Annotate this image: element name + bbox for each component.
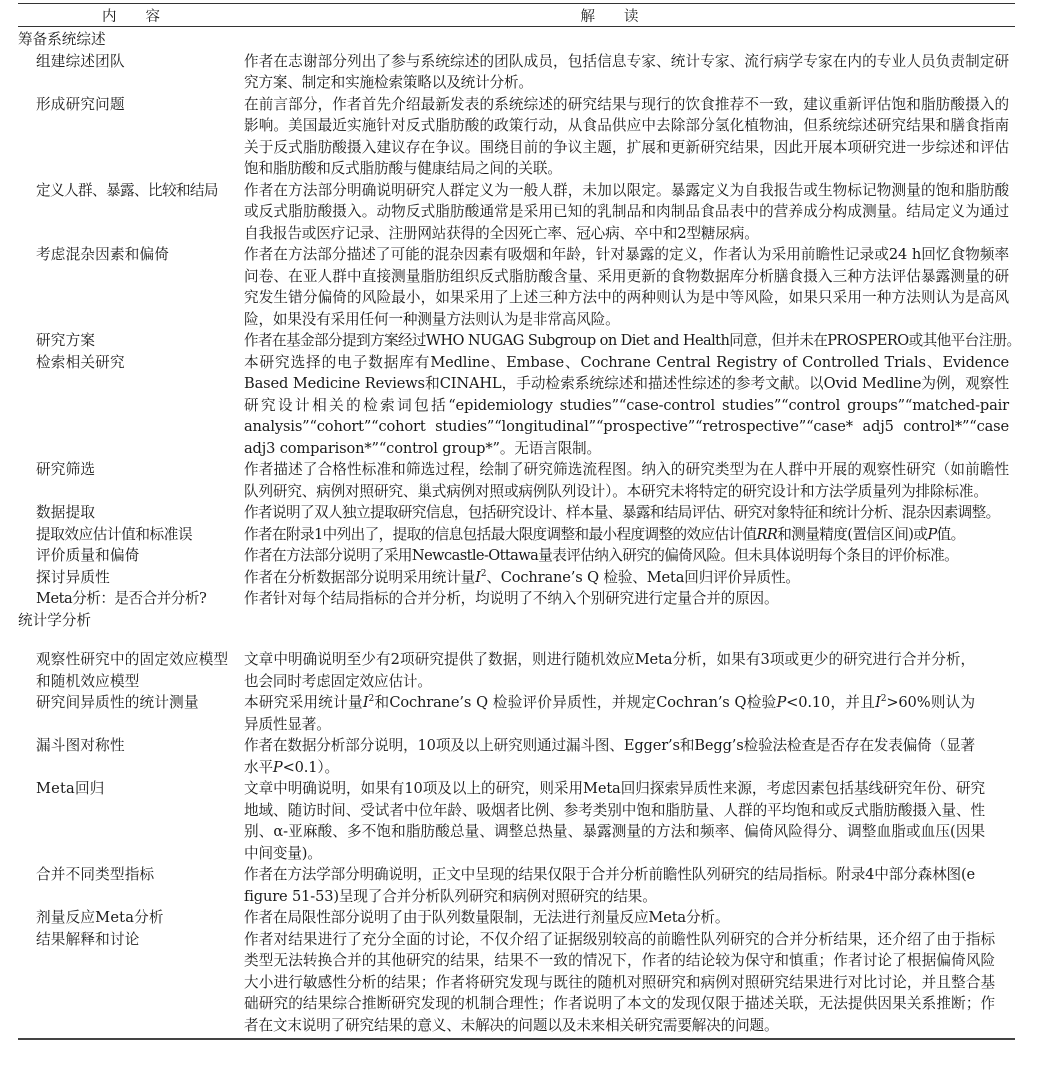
section-title: 筹备系统综述 — [18, 29, 106, 51]
row-text: 作者针对每个结局指标的合并分析，均说明了不纳入个别研究进行定量合并的原因。 — [244, 588, 1015, 610]
table-header: 内 容 解 读 — [18, 4, 1015, 27]
table-row: 数据提取 作者说明了双人独立提取研究信息，包括研究设计、样本量、暴露和结局评估、… — [18, 502, 1015, 524]
row-text: 作者说明了双人独立提取研究信息，包括研究设计、样本量、暴露和结局评估、研究对象特… — [244, 502, 1015, 524]
table-row: 剂量反应Meta分析 作者在局限性部分说明了由于队列数量限制，无法进行剂量反应M… — [18, 907, 1015, 929]
table-row: Meta回归 文章中明确说明，如果有10项及以上的研究，则采用Meta回归探索异… — [18, 778, 1015, 864]
row-text: 作者在方法部分描述了可能的混杂因素有吸烟和年龄，针对暴露的定义，作者认为采用前瞻… — [244, 244, 1015, 330]
row-text-part: 值。 — [937, 526, 965, 543]
row-text: 文章中明确说明至少有2项研究提供了数据，则进行随机效应Meta分析，如果有3项或… — [244, 649, 1015, 692]
row-text: 作者在志谢部分列出了参与系统综述的团队成员，包括信息专家、统计专家、流行病学专家… — [244, 51, 1015, 94]
row-text-part: 作者在附录1中列出了，提取的信息包括最大限度调整和最小程度调整的效应估计值 — [244, 526, 756, 543]
table-row: 探讨异质性 作者在分析数据部分说明采用统计量I2、Cochrane’s Q 检验… — [18, 567, 1015, 589]
row-item: 考虑混杂因素和偏倚 — [18, 244, 244, 330]
row-item: 定义人群、暴露、比较和结局 — [18, 180, 244, 245]
row-text-part: 、Cochrane’s Q 检验、Meta回归评价异质性。 — [486, 569, 800, 586]
row-text-part: <0.10，并且 — [786, 694, 875, 711]
p-symbol: P — [777, 694, 787, 711]
table-row: 检索相关研究 本研究选择的电子数据库有Medline、Embase、Cochra… — [18, 352, 1015, 460]
row-item: 结果解释和讨论 — [18, 929, 244, 1037]
table-row: 漏斗图对称性 作者在数据分析部分说明，10项及以上研究则通过漏斗图、Egger’… — [18, 735, 1015, 778]
table-row: 研究间异质性的统计测量 本研究采用统计量I2和Cochrane’s Q 检验评价… — [18, 692, 1015, 735]
row-text-part: 和Cochrane’s Q 检验评价异质性，并规定Cochran’s Q检验 — [374, 694, 776, 711]
row-item: 检索相关研究 — [18, 352, 244, 460]
row-item: 评价质量和偏倚 — [18, 545, 244, 567]
header-content-column: 内 容 — [18, 5, 244, 26]
row-text: 作者在局限性部分说明了由于队列数量限制，无法进行剂量反应Meta分析。 — [244, 907, 1015, 929]
header-interpretation-label: 解 读 — [581, 9, 639, 25]
table-row: 评价质量和偏倚 作者在方法部分说明了采用Newcastle-Ottawa量表评估… — [18, 545, 1015, 567]
row-item: 研究方案 — [18, 330, 244, 352]
header-content-label: 内 容 — [102, 9, 160, 25]
row-text-part: 作者在分析数据部分说明采用统计量 — [244, 569, 475, 586]
row-item: 探讨异质性 — [18, 567, 244, 589]
row-item: 漏斗图对称性 — [18, 735, 244, 778]
row-text-part: 和测量精度(置信区间)或 — [777, 526, 927, 543]
row-item: 研究间异质性的统计测量 — [18, 692, 244, 735]
table-body: 筹备系统综述 组建综述团队 作者在志谢部分列出了参与系统综述的团队成员，包括信息… — [18, 27, 1015, 1038]
table-row: 结果解释和讨论 作者对结果进行了充分全面的讨论，不仅介绍了证据级别较高的前瞻性队… — [18, 929, 1015, 1037]
row-text: 作者在方法部分明确说明研究人群定义为一般人群，未加以限定。暴露定义为自我报告或生… — [244, 180, 1015, 245]
section-heading-preparation: 筹备系统综述 — [18, 29, 1015, 51]
row-text: 作者在数据分析部分说明，10项及以上研究则通过漏斗图、Egger’s和Begg’… — [244, 735, 1015, 778]
spacer — [18, 631, 1015, 649]
row-text: 作者在基金部分提到方案经过WHO NUGAG Subgroup on Diet … — [244, 330, 1027, 352]
table-row: 组建综述团队 作者在志谢部分列出了参与系统综述的团队成员，包括信息专家、统计专家… — [18, 51, 1015, 94]
table-row: 合并不同类型指标 作者在方法学部分明确说明，正文中呈现的结果仅限于合并分析前瞻性… — [18, 864, 1015, 907]
row-text: 作者在方法部分说明了采用Newcastle-Ottawa量表评估纳入研究的偏倚风… — [244, 545, 1015, 567]
row-text: 作者描述了合格性标准和筛选过程，绘制了研究筛选流程图。纳入的研究类型为在人群中开… — [244, 459, 1015, 502]
row-item: 合并不同类型指标 — [18, 864, 244, 907]
row-text: 在前言部分，作者首先介绍最新发表的系统综述的研究结果与现行的饮食推荐不一致，建议… — [244, 94, 1015, 180]
row-text: 作者在分析数据部分说明采用统计量I2、Cochrane’s Q 检验、Meta回… — [244, 567, 1015, 589]
row-item: 剂量反应Meta分析 — [18, 907, 244, 929]
row-text: 作者对结果进行了充分全面的讨论，不仅介绍了证据级别较高的前瞻性队列研究的合并分析… — [244, 929, 1015, 1037]
table-row: Meta分析：是否合并分析? 作者针对每个结局指标的合并分析，均说明了不纳入个别… — [18, 588, 1015, 610]
table-row: 定义人群、暴露、比较和结局 作者在方法部分明确说明研究人群定义为一般人群，未加以… — [18, 180, 1015, 245]
appraisal-table: 内 容 解 读 筹备系统综述 组建综述团队 作者在志谢部分列出了参与系统综述的团… — [18, 3, 1015, 1040]
header-interpretation-column: 解 读 — [244, 5, 1015, 26]
section-title: 统计学分析 — [18, 610, 91, 632]
rr-symbol: RR — [756, 526, 777, 543]
row-text-part: 本研究采用统计量 — [244, 694, 363, 711]
row-item: 研究筛选 — [18, 459, 244, 502]
row-text-part: 作者在数据分析部分说明，10项及以上研究则通过漏斗图、Egger’s和Begg’… — [244, 737, 975, 776]
row-text-part: <0.1）。 — [283, 759, 339, 776]
row-item: Meta回归 — [18, 778, 244, 864]
row-item: 提取效应估计值和标准误 — [18, 524, 244, 546]
row-item: Meta分析：是否合并分析? — [18, 588, 244, 610]
row-item: 观察性研究中的固定效应模型和随机效应模型 — [18, 649, 244, 692]
row-text: 作者在附录1中列出了，提取的信息包括最大限度调整和最小程度调整的效应估计值RR和… — [244, 524, 1015, 546]
row-text: 本研究采用统计量I2和Cochrane’s Q 检验评价异质性，并规定Cochr… — [244, 692, 1015, 735]
row-text: 本研究选择的电子数据库有Medline、Embase、Cochrane Cent… — [244, 352, 1015, 460]
table-row: 提取效应估计值和标准误 作者在附录1中列出了，提取的信息包括最大限度调整和最小程… — [18, 524, 1015, 546]
row-item: 组建综述团队 — [18, 51, 244, 94]
table-row: 形成研究问题 在前言部分，作者首先介绍最新发表的系统综述的研究结果与现行的饮食推… — [18, 94, 1015, 180]
table-row: 研究方案 作者在基金部分提到方案经过WHO NUGAG Subgroup on … — [18, 330, 1015, 352]
table-row: 研究筛选 作者描述了合格性标准和筛选过程，绘制了研究筛选流程图。纳入的研究类型为… — [18, 459, 1015, 502]
row-item: 形成研究问题 — [18, 94, 244, 180]
row-item: 数据提取 — [18, 502, 244, 524]
p-symbol: P — [273, 759, 283, 776]
row-text: 作者在方法学部分明确说明，正文中呈现的结果仅限于合并分析前瞻性队列研究的结局指标… — [244, 864, 1015, 907]
section-heading-statistics: 统计学分析 — [18, 610, 1015, 632]
p-symbol: P — [927, 526, 936, 543]
table-row: 观察性研究中的固定效应模型和随机效应模型 文章中明确说明至少有2项研究提供了数据… — [18, 649, 1015, 692]
table-row: 考虑混杂因素和偏倚 作者在方法部分描述了可能的混杂因素有吸烟和年龄，针对暴露的定… — [18, 244, 1015, 330]
row-text: 文章中明确说明，如果有10项及以上的研究，则采用Meta回归探索异质性来源，考虑… — [244, 778, 1015, 864]
